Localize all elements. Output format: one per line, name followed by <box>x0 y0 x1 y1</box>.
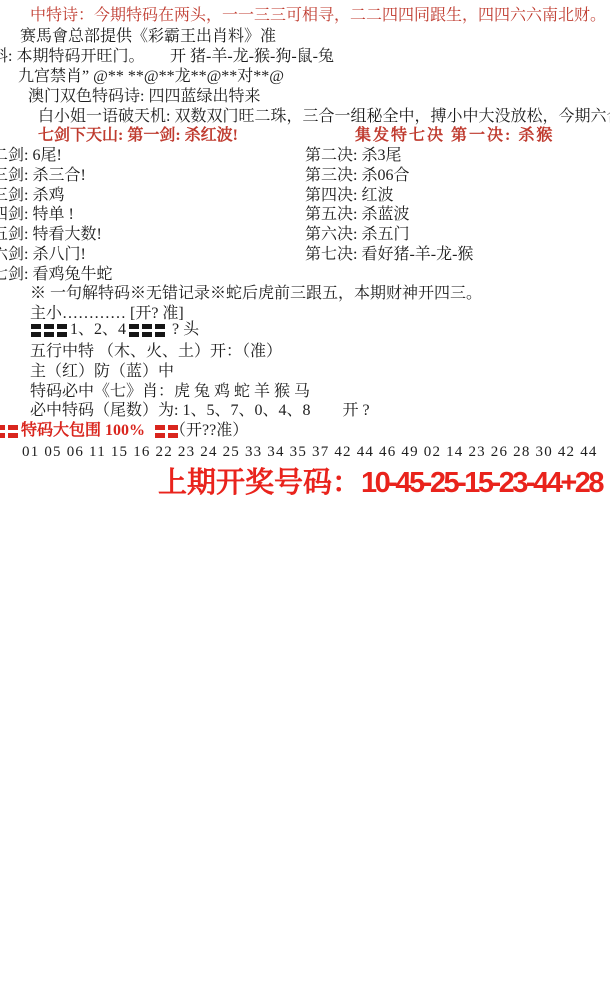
head-suffix-text: ? 头 <box>172 321 199 338</box>
seven-swords-header: 七剑下天山: 第一剑: 杀红波! <box>38 126 238 146</box>
bizhong-weishu-line: 必中特码（尾数）为: 1、5、7、0、4、8 开 ? <box>30 401 370 421</box>
macau-poem-line: 澳门双色特码诗: 四四蓝绿出特来 <box>28 87 260 107</box>
black-bars-icon <box>129 324 165 337</box>
red-bars-icon <box>0 425 18 438</box>
sword-item: 五剑: 特看大数! <box>0 225 102 245</box>
zhongte-poem-line: 中特诗：今期特码在两头，一一三三可相寻，二二四四同跟生，四四六六南北财。 <box>30 6 606 26</box>
wuxing-line: 五行中特 （木、火、土）开：（准） <box>30 342 282 362</box>
wangmen-line: 料: 本期特码开旺门。 开 猪-羊-龙-猴-狗-鼠-兔 <box>0 47 144 67</box>
jiugong-line: 九宫禁肖” @** **@**龙**@**对**@ <box>18 67 284 87</box>
baixiaojie-line: 白小姐一语破天机: 双数双门旺二珠，三合一组秘全中，搏小中大没放松，今期六合取双 <box>38 107 610 127</box>
baowei-line: 特码大包围 100% （开??准） <box>0 421 181 441</box>
sword-item: 七剑: 看鸡兔牛蛇 <box>0 265 112 285</box>
jifa-header: 集发特七决 第一决: 杀猴 <box>355 126 554 146</box>
jue-item: 第五决: 杀蓝波 <box>305 205 409 225</box>
sword-item: 二剑: 6尾! <box>0 146 62 166</box>
head-bars-line: 1、2、4 ? 头 <box>28 320 199 340</box>
wangmen-left-text: 料: 本期特码开旺门。 <box>0 48 144 65</box>
jue-item: 第七决: 看好猪-羊-龙-猴 <box>305 245 473 265</box>
lottery-tip-sheet: 中特诗：今期特码在两头，一一三三可相寻，二二四四同跟生，四四六六南北财。 赛馬會… <box>0 0 610 997</box>
sword-item: 三剑: 杀三合! <box>0 166 86 186</box>
black-bars-icon <box>31 324 67 337</box>
baowei-label: 特码大包围 100% <box>21 422 145 439</box>
sword-item: 六剑: 杀八门! <box>0 245 86 265</box>
jie-tema-line: ※ 一句解特码※无错记录※蛇后虎前三跟五，本期财神开四三。 <box>30 284 482 304</box>
sword-item: 四剑: 特单 ! <box>0 205 74 225</box>
head-numbers-text: 1、2、4 <box>70 321 126 338</box>
wangmen-zodiac-list: 开 猪-羊-龙-猴-狗-鼠-兔 <box>170 47 334 67</box>
prev-draw-numbers: 10-45-25-15-23-44+28 <box>361 467 602 499</box>
bizhong-xiao-line: 特码必中《七》肖：虎 兔 鸡 蛇 羊 猴 马 <box>30 382 310 402</box>
baowei-result: （开??准） <box>170 421 248 441</box>
zhu-fang-line: 主（红）防（蓝）中 <box>30 362 174 382</box>
jue-item: 第四决: 红波 <box>305 186 393 206</box>
baowei-numbers-row: 01 05 06 11 15 16 22 23 24 25 33 34 35 3… <box>22 442 598 462</box>
jue-item: 第三决: 杀06合 <box>305 166 409 186</box>
sword-item: 三剑: 杀鸡 <box>0 186 64 206</box>
source-line: 赛馬會总部提供《彩霸王出肖料》准 <box>20 27 276 47</box>
jue-item: 第六决: 杀五门 <box>305 225 409 245</box>
jue-item: 第二决: 杀3尾 <box>305 146 401 166</box>
prev-draw-line: 上期开奖号码：10-45-25-15-23-44+28 <box>158 473 602 493</box>
prev-draw-label: 上期开奖号码： <box>158 467 361 499</box>
